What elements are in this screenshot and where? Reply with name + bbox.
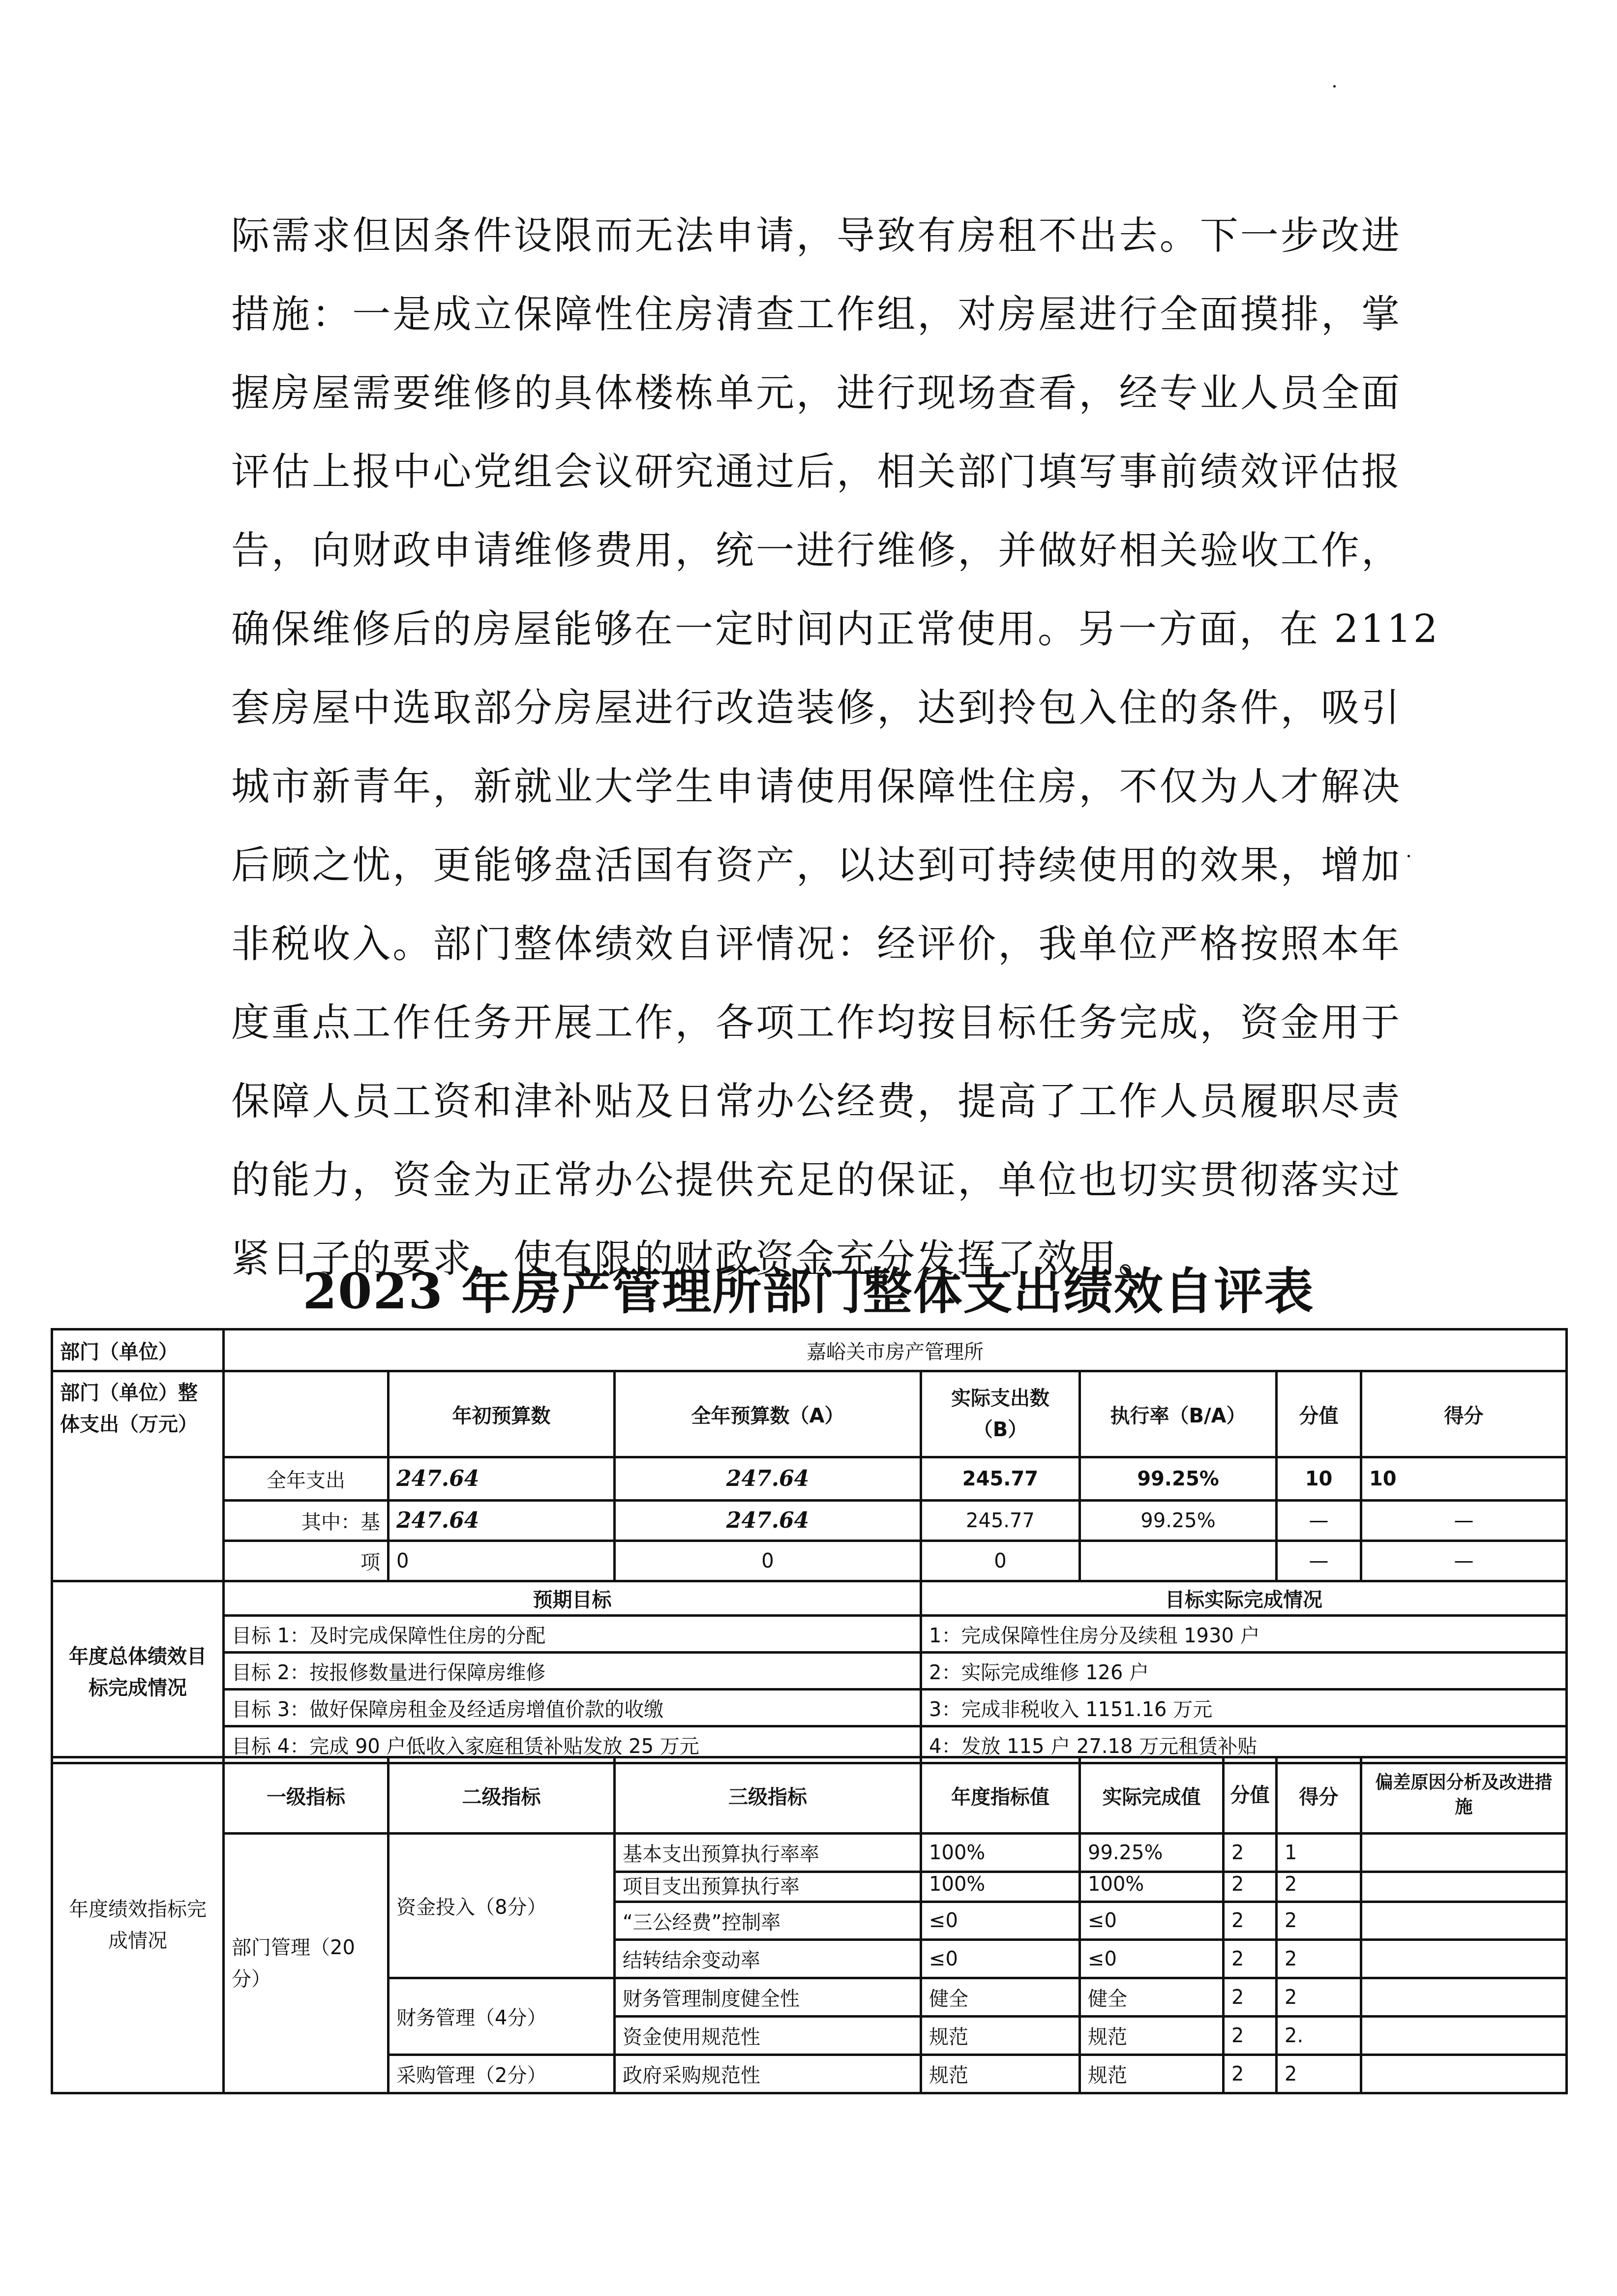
paragraph-line: 度重点工作任务开展工作，各项工作均按目标任务完成，资金用于 bbox=[231, 998, 1402, 1077]
initial-budget-value: 0 bbox=[389, 1541, 615, 1581]
actual-goals-header: 目标实际完成情况 bbox=[921, 1581, 1567, 1616]
header-initial-budget: 年初预算数 bbox=[389, 1371, 615, 1457]
score-value: 2. bbox=[1277, 2017, 1361, 2055]
score-value: 2 bbox=[1277, 1978, 1361, 2017]
deviation-note bbox=[1361, 1872, 1567, 1902]
header-score: 得分 bbox=[1361, 1371, 1567, 1457]
score-value: 2 bbox=[1277, 1902, 1361, 1940]
dept-value: 嘉峪关市房产管理所 bbox=[224, 1329, 1567, 1371]
target-value: 100% bbox=[921, 1834, 1080, 1872]
deviation-note bbox=[1361, 1902, 1567, 1940]
row-label: 全年支出 bbox=[224, 1457, 389, 1501]
header-actual-spend: 实际支出数（B） bbox=[921, 1371, 1080, 1457]
level3-indicator: 基本支出预算执行率率 bbox=[615, 1834, 921, 1872]
paragraph-line: 保障人员工资和津补贴及日常办公经费，提高了工作人员履职尽责 bbox=[231, 1077, 1402, 1156]
score-value: 2 bbox=[1277, 1872, 1361, 1902]
actual-goal: 1：完成保障性住房分及续租 1930 户 bbox=[921, 1616, 1567, 1653]
dept-label: 部门（单位） bbox=[52, 1329, 224, 1371]
row-label: 其中：基 bbox=[224, 1501, 389, 1541]
level3-indicator: 结转结余变动率 bbox=[615, 1940, 921, 1978]
level1-indicator: 部门管理（20分） bbox=[224, 1834, 389, 2093]
paragraph-line: 告，向财政申请维修费用，统一进行维修，并做好相关验收工作， bbox=[231, 526, 1402, 605]
level3-indicator: 政府采购规范性 bbox=[615, 2055, 921, 2093]
score-value: — bbox=[1361, 1541, 1567, 1581]
weight-value: 2 bbox=[1224, 1902, 1277, 1940]
paragraph-line: 措施：一是成立保障性住房清查工作组，对房屋进行全面摸排，掌 bbox=[231, 290, 1402, 369]
paragraph-line: 套房屋中选取部分房屋进行改造装修，达到拎包入住的条件，吸引 bbox=[231, 684, 1402, 762]
paragraph-line: 的能力，资金为正常办公提供充足的保证，单位也切实贯彻落实过 bbox=[231, 1156, 1402, 1235]
paragraph-line: 际需求但因条件设限而无法申请，导致有房租不出去。下一步改进 bbox=[231, 211, 1402, 290]
target-value: 健全 bbox=[921, 1978, 1080, 2017]
target-value: ≤0 bbox=[921, 1940, 1080, 1978]
expected-goal: 目标 2：按报修数量进行保障房维修 bbox=[224, 1653, 921, 1690]
paragraph-line: 握房屋需要维修的具体楼栋单元，进行现场查看，经专业人员全面 bbox=[231, 369, 1402, 448]
paragraph-line: 确保维修后的房屋能够在一定时间内正常使用。另一方面，在 2112 bbox=[231, 605, 1402, 684]
header-weight: 分值 bbox=[1277, 1371, 1361, 1457]
actual-goal: 2：实际完成维修 126 户 bbox=[921, 1653, 1567, 1690]
score-value: 2 bbox=[1277, 2055, 1361, 2093]
goals-section-label: 年度总体绩效目标完成情况 bbox=[52, 1581, 224, 1763]
weight-value: 2 bbox=[1224, 1872, 1277, 1902]
paragraph-line: 城市新青年，新就业大学生申请使用保障性住房，不仅为人才解决 bbox=[231, 762, 1402, 841]
target-value: 100% bbox=[921, 1872, 1080, 1902]
weight-value: 2 bbox=[1224, 1978, 1277, 2017]
deviation-note bbox=[1361, 1978, 1567, 2017]
header-level3: 三级指标 bbox=[615, 1757, 921, 1834]
weight-value: 2 bbox=[1224, 1940, 1277, 1978]
actual-spend-value: 0 bbox=[921, 1541, 1080, 1581]
weight-value: 2 bbox=[1224, 2055, 1277, 2093]
indicators-table: 年度绩效指标完成情况 一级指标 二级指标 三级指标 年度指标值 实际完成值 分值… bbox=[51, 1756, 1568, 2094]
body-paragraph: 际需求但因条件设限而无法申请，导致有房租不出去。下一步改进 措施：一是成立保障性… bbox=[231, 211, 1402, 1313]
actual-value: 100% bbox=[1080, 1872, 1224, 1902]
target-value: 规范 bbox=[921, 2055, 1080, 2093]
indicators-section-label: 年度绩效指标完成情况 bbox=[52, 1757, 224, 2093]
paragraph-line: 后顾之忧，更能够盘活国有资产，以达到可持续使用的效果，增加 bbox=[231, 841, 1402, 920]
level2-indicator: 资金投入（8分） bbox=[389, 1834, 615, 1978]
weight-value: 2 bbox=[1224, 1834, 1277, 1872]
annual-budget-value: 247.64 bbox=[615, 1457, 921, 1501]
initial-budget-value: 247.64 bbox=[389, 1457, 615, 1501]
spend-label: 部门（单位）整体支出（万元） bbox=[52, 1371, 224, 1581]
level3-indicator: “三公经费”控制率 bbox=[615, 1902, 921, 1940]
paragraph-line: 评估上报中心党组会议研究通过后，相关部门填写事前绩效评估报 bbox=[231, 448, 1402, 526]
header-target: 年度指标值 bbox=[921, 1757, 1080, 1834]
score-value: 2 bbox=[1277, 1940, 1361, 1978]
header-score: 得分 bbox=[1277, 1757, 1361, 1834]
actual-goal: 3：完成非税收入 1151.16 万元 bbox=[921, 1690, 1567, 1726]
score-value: — bbox=[1361, 1501, 1567, 1541]
deviation-note bbox=[1361, 2055, 1567, 2093]
blank-header-cell bbox=[224, 1371, 389, 1457]
weight-value: — bbox=[1277, 1541, 1361, 1581]
actual-spend-value: 245.77 bbox=[921, 1501, 1080, 1541]
actual-value: 99.25% bbox=[1080, 1834, 1224, 1872]
exec-rate-value bbox=[1080, 1541, 1277, 1581]
scan-speck bbox=[1407, 855, 1410, 857]
weight-value: 2 bbox=[1224, 2017, 1277, 2055]
actual-value: 规范 bbox=[1080, 2017, 1224, 2055]
deviation-note bbox=[1361, 1834, 1567, 1872]
header-level2: 二级指标 bbox=[389, 1757, 615, 1834]
level3-indicator: 项目支出预算执行率 bbox=[615, 1872, 921, 1902]
target-value: 规范 bbox=[921, 2017, 1080, 2055]
header-level1: 一级指标 bbox=[224, 1757, 389, 1834]
initial-budget-value: 247.64 bbox=[389, 1501, 615, 1541]
weight-value: 10 bbox=[1277, 1457, 1361, 1501]
level2-indicator: 采购管理（2分） bbox=[389, 2055, 615, 2093]
score-value: 1 bbox=[1277, 1834, 1361, 1872]
header-actual: 实际完成值 bbox=[1080, 1757, 1224, 1834]
level3-indicator: 财务管理制度健全性 bbox=[615, 1978, 921, 2017]
header-weight: 分值 bbox=[1224, 1757, 1277, 1834]
budget-goals-table: 部门（单位） 嘉峪关市房产管理所 部门（单位）整体支出（万元） 年初预算数 全年… bbox=[51, 1328, 1568, 1764]
weight-value: — bbox=[1277, 1501, 1361, 1541]
annual-budget-value: 0 bbox=[615, 1541, 921, 1581]
level2-indicator: 财务管理（4分） bbox=[389, 1978, 615, 2055]
score-value: 10 bbox=[1361, 1457, 1567, 1501]
table-title: 2023 年房产管理所部门整体支出绩效自评表 bbox=[0, 1252, 1617, 1323]
expected-goal: 目标 1：及时完成保障性住房的分配 bbox=[224, 1616, 921, 1653]
level3-indicator: 资金使用规范性 bbox=[615, 2017, 921, 2055]
expected-goal: 目标 3：做好保障房租金及经适房增值价款的收缴 bbox=[224, 1690, 921, 1726]
target-value: ≤0 bbox=[921, 1902, 1080, 1940]
actual-spend-value: 245.77 bbox=[921, 1457, 1080, 1501]
deviation-note bbox=[1361, 2017, 1567, 2055]
scan-speck bbox=[1333, 85, 1336, 88]
exec-rate-value: 99.25% bbox=[1080, 1457, 1277, 1501]
exec-rate-value: 99.25% bbox=[1080, 1501, 1277, 1541]
paragraph-line: 非税收入。部门整体绩效自评情况：经评价，我单位严格按照本年 bbox=[231, 920, 1402, 998]
header-annual-budget: 全年预算数（A） bbox=[615, 1371, 921, 1457]
actual-value: 健全 bbox=[1080, 1978, 1224, 2017]
annual-budget-value: 247.64 bbox=[615, 1501, 921, 1541]
actual-value: ≤0 bbox=[1080, 1902, 1224, 1940]
actual-value: 规范 bbox=[1080, 2055, 1224, 2093]
header-deviation-note: 偏差原因分析及改进措施 bbox=[1361, 1757, 1567, 1834]
actual-value: ≤0 bbox=[1080, 1940, 1224, 1978]
deviation-note bbox=[1361, 1940, 1567, 1978]
expected-goals-header: 预期目标 bbox=[224, 1581, 921, 1616]
row-label: 项 bbox=[224, 1541, 389, 1581]
header-exec-rate: 执行率（B/A） bbox=[1080, 1371, 1277, 1457]
